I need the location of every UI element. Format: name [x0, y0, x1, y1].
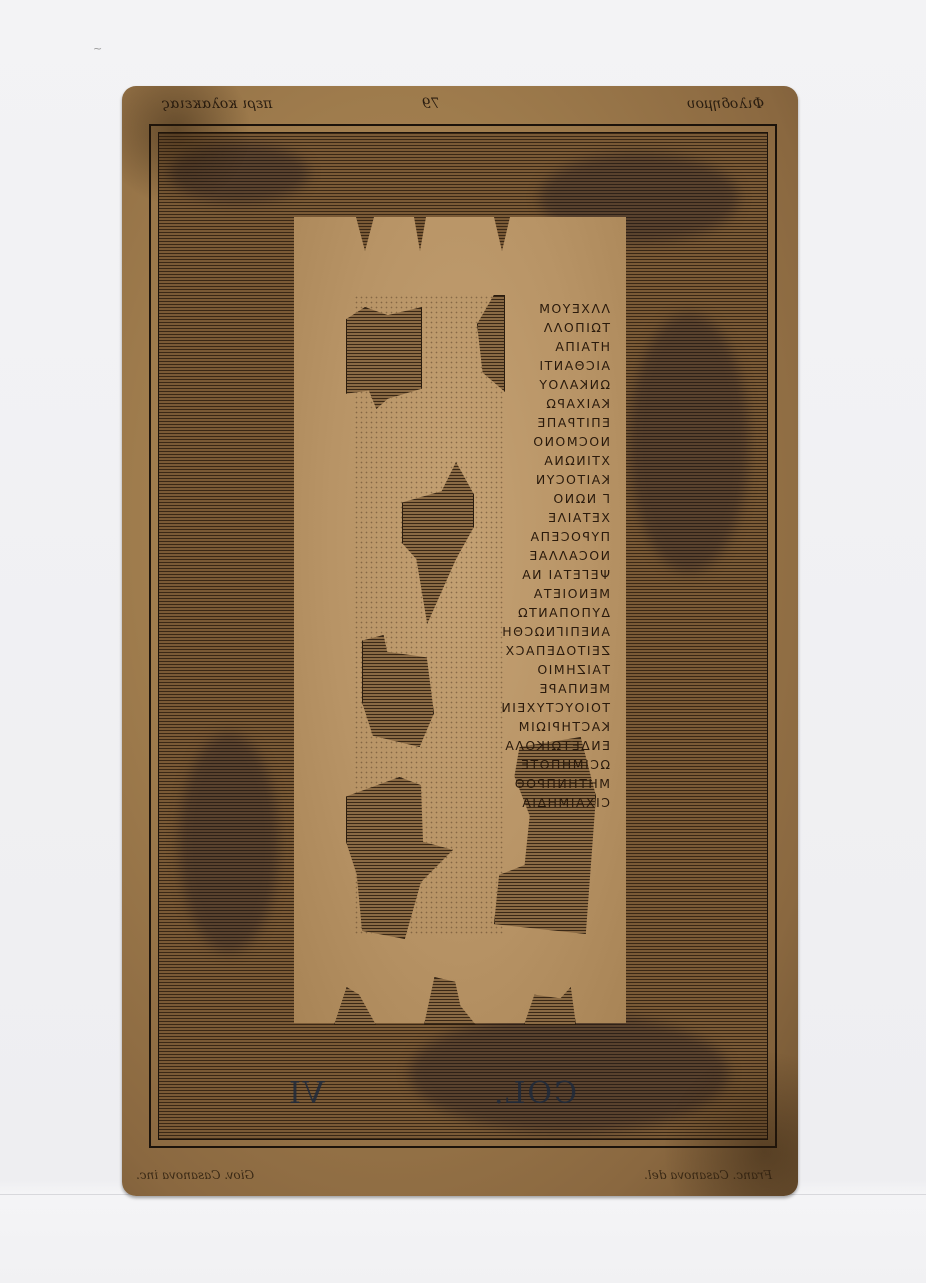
tarnish-stain — [179, 733, 279, 953]
text-line: ΛΛΧΕΥΟΜ — [480, 299, 610, 318]
papyrus-column: ΛΛΧΕΥΟΜ ΤΩΙΠΟΛΛ ΗΤΑΙΠΑ ΑΙϹΘΑΝΤΙ ΩΝΚΑΛΟΥ … — [294, 217, 626, 1023]
header-title-left: περι κολακειας — [162, 96, 272, 112]
text-line: ΖΕΙΤΟΔΕΠΑϹΧ — [480, 641, 610, 660]
text-line: ΩΝΚΑΛΟΥ — [480, 375, 610, 394]
text-line: ΚΑϹΤΗΡΙΩΙΜ — [480, 717, 610, 736]
hatched-background: ΛΛΧΕΥΟΜ ΤΩΙΠΟΛΛ ΗΤΑΙΠΑ ΑΙϹΘΑΝΤΙ ΩΝΚΑΛΟΥ … — [158, 132, 768, 1140]
engraved-frame: ΛΛΧΕΥΟΜ ΤΩΙΠΟΛΛ ΗΤΑΙΠΑ ΑΙϹΘΑΝΤΙ ΩΝΚΑΛΟΥ … — [149, 124, 777, 1148]
papyrus-hole — [334, 987, 376, 1025]
text-line: ΝΟϹΑΛΛΑΕ — [480, 546, 610, 565]
text-line: ΝΟϹΜΟΝΟ — [480, 432, 610, 451]
text-line: ΜΗΤΗΝΠΡΟΘ — [480, 774, 610, 793]
text-line: ΑΙϹΘΑΝΤΙ — [480, 356, 610, 375]
header-page-number: 79 — [422, 96, 440, 112]
text-line: ΚΑΙΧΑΡΩ — [480, 394, 610, 413]
text-line: ΤΩΙΠΟΛΛ — [480, 318, 610, 337]
papyrus-tear — [414, 217, 426, 251]
text-line: ΑΝΕΠΙΓΝΩϹΘΗ — [480, 622, 610, 641]
greek-text-column: ΛΛΧΕΥΟΜ ΤΩΙΠΟΛΛ ΗΤΑΙΠΑ ΑΙϹΘΑΝΤΙ ΩΝΚΑΛΟΥ … — [480, 299, 610, 812]
header-author: Φιλοδημου — [687, 96, 764, 112]
papyrus-hole — [424, 977, 476, 1025]
text-line: ΧΕΤΑΙΛΕ — [480, 508, 610, 527]
papyrus-tear — [356, 217, 374, 251]
column-numeral: VI — [287, 1076, 325, 1111]
text-line: ΕΠΙΤΡΑΠΕ — [480, 413, 610, 432]
text-line: ΚΑΙΤΟϹΥΝ — [480, 470, 610, 489]
text-line: ΕΝΔΕΤΩΙΚΟΛΑ — [480, 736, 610, 755]
text-line: ΧΤΙΝΩΝΑ — [480, 451, 610, 470]
tarnish-stain — [629, 313, 749, 573]
column-label: COL. — [492, 1076, 577, 1111]
footer-draughtsman-credit: Franc. Casanova del. — [644, 1168, 772, 1182]
text-line: ΔΥΠΟΠΑΝΤΩ — [480, 603, 610, 622]
text-line: ΤΑΙΖΗΜΙΟ — [480, 660, 610, 679]
text-line: ΨΕΓΕΤΑΙ ΝΑ — [480, 565, 610, 584]
tarnish-stain — [169, 143, 309, 203]
text-line: ΠΥΡΟϹΕΠΑ — [480, 527, 610, 546]
text-line: ΩϹΙΜΗΠΟΤΕ — [480, 755, 610, 774]
tarnish-stain — [409, 1013, 729, 1133]
text-line: ΗΤΑΙΠΑ — [480, 337, 610, 356]
text-line: ΤΟΙΟΥϹΤΥΧΕΙΝ — [480, 698, 610, 717]
text-line: Γ ΝΩΝΟ — [480, 489, 610, 508]
text-line: ϹΙΧΑΙΜΗΔΙΑ — [480, 793, 610, 812]
dust-speck: ~ — [93, 42, 102, 55]
text-line: ΜΕΝΠΑΡΕ — [480, 679, 610, 698]
text-line: ΜΕΝΟΙΕΤΑ — [480, 584, 610, 603]
papyrus-tear — [494, 217, 510, 251]
copper-plate: περι κολακειας 79 Φιλοδημου ΛΛΧΕΥ — [122, 86, 798, 1196]
footer-engraver-credit: Giov. Casanova inc. — [136, 1168, 254, 1182]
papyrus-hole — [524, 987, 576, 1025]
